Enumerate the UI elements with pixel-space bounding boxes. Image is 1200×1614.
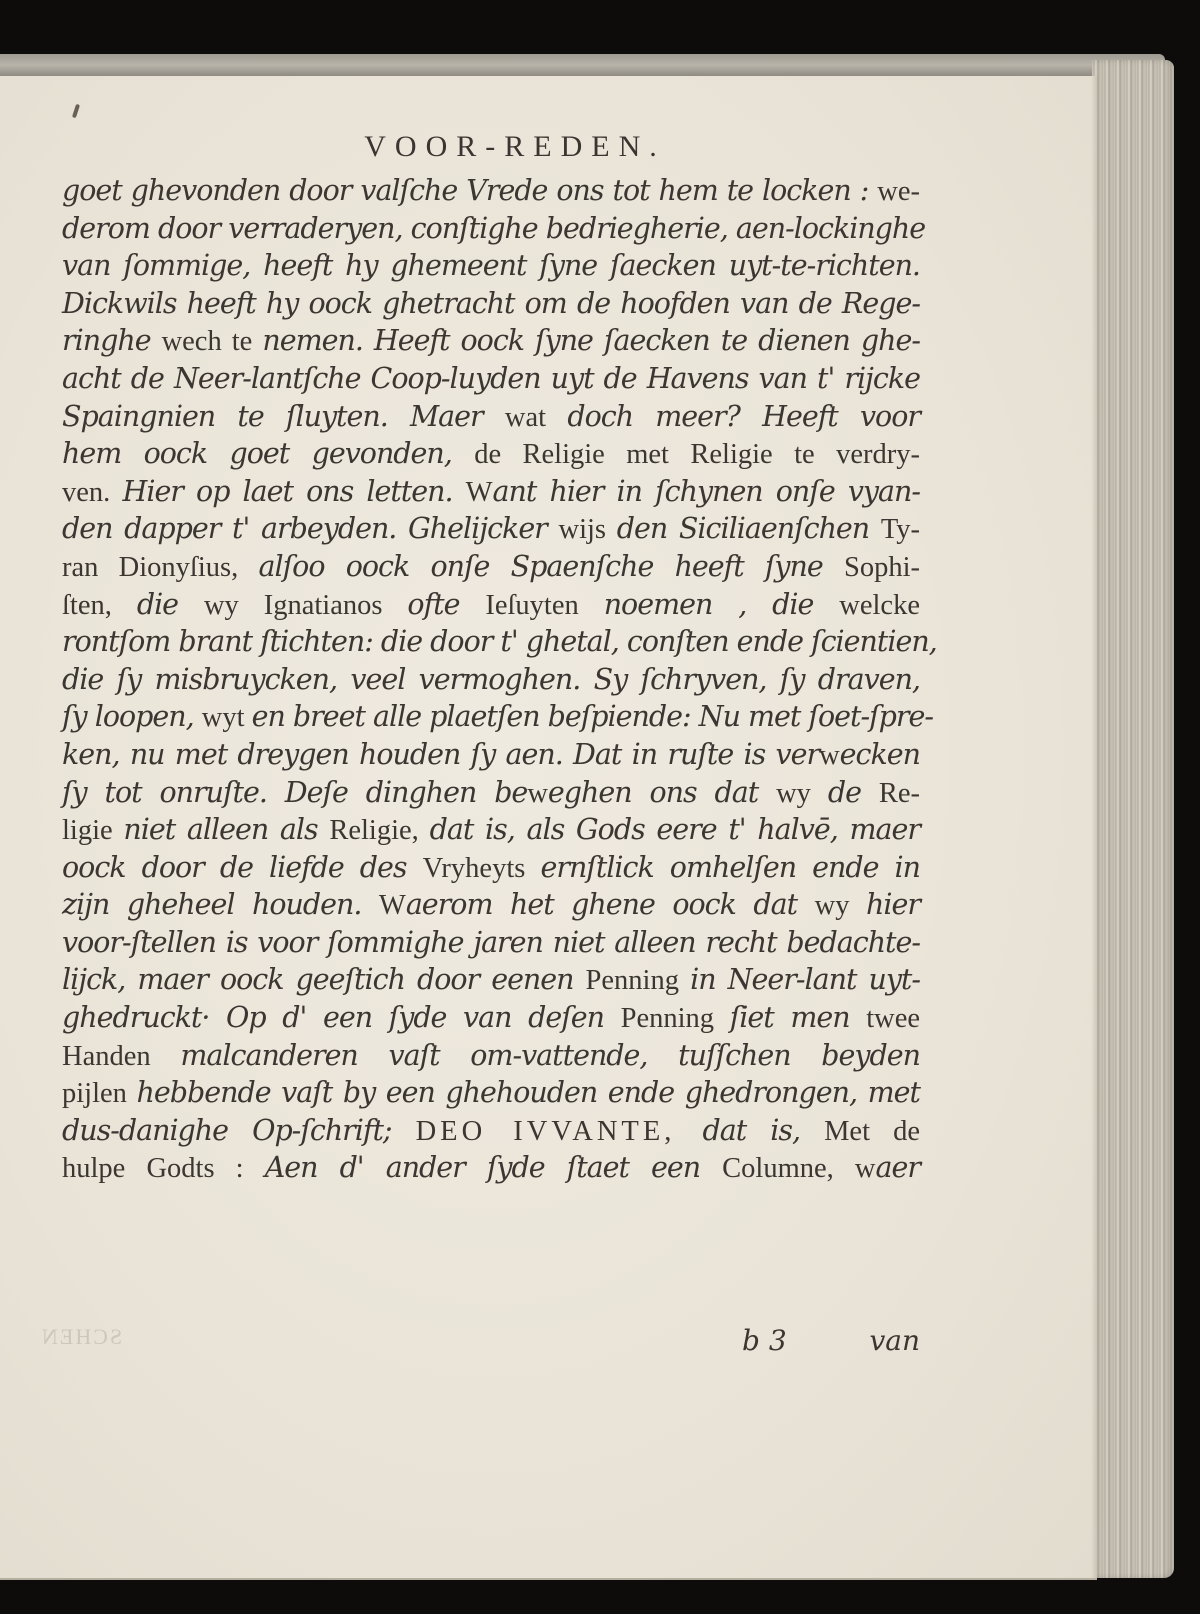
- text-run: aerom het ghene oock dat: [406, 888, 815, 921]
- text-run: ernſtlick omhelſen ende in: [540, 851, 920, 884]
- text-run: ven.: [62, 477, 122, 508]
- text-run: ken, nu met dreygen houden ſy aen. Dat i…: [62, 738, 819, 771]
- text-run: die ſy misbruycken, veel vermoghen. Sy ſ…: [62, 663, 920, 696]
- text-run: eghen ons dat: [548, 776, 776, 809]
- text-run: Met de: [824, 1116, 920, 1147]
- text-run: Aen d' ander ſyde ſtaet een: [265, 1151, 722, 1184]
- text-run: Religie,: [329, 815, 429, 846]
- text-run: Handen: [62, 1041, 180, 1072]
- text-run: ſy tot onruſte. Deſe dinghen be: [62, 776, 527, 809]
- text-run: goet ghevonden door valſche Vrede ons to…: [62, 174, 877, 207]
- text-run: ſten,: [62, 590, 137, 621]
- text-run: W: [379, 890, 406, 921]
- text-run: ecken: [840, 738, 920, 771]
- text-run: twee: [866, 1003, 920, 1034]
- text-run: zijn gheheel houden.: [62, 888, 379, 921]
- text-run: den dapper t' arbeyden. Ghelijcker: [62, 512, 559, 545]
- text-run: hier: [866, 888, 920, 921]
- text-run: en breet alle plaetſen beſpiende: Nu met…: [252, 700, 933, 733]
- text-run: ofte: [407, 588, 485, 621]
- book-top-edge: [0, 54, 1165, 76]
- book-page: VOOR-REDEN. goet ghevonden door valſche …: [0, 76, 1097, 1580]
- text-run: ant hier in ſchynen onſe vyan-: [493, 475, 920, 508]
- text-run: van ſommige, heeft hy ghemeent ſyne ſaec…: [62, 249, 920, 282]
- text-run: wijs: [559, 514, 617, 545]
- running-header: VOOR-REDEN.: [0, 130, 1030, 164]
- text-line: ligie niet alleen als Religie, dat is, a…: [62, 811, 920, 849]
- text-line: Spaingnien te ſluyten. Maer wat doch mee…: [62, 398, 920, 436]
- text-run: nemen. Heeft oock ſyne ſaecken te dienen…: [262, 324, 920, 357]
- text-run: W: [466, 477, 493, 508]
- text-line: ran Dionyſius, alſoo oock onſe Spaenſche…: [62, 548, 920, 586]
- text-run: wy: [815, 890, 866, 921]
- text-run: ran Dionyſius,: [62, 552, 259, 583]
- text-line: den dapper t' arbeyden. Ghelijcker wijs …: [62, 510, 920, 548]
- text-run: ghedruckt· Op d' een ſyde van deſen: [62, 1001, 621, 1034]
- text-run: aer: [876, 1151, 920, 1184]
- text-run: Re-: [879, 778, 920, 809]
- text-run: acht de Neer-lantſche Coop-luyden uyt de…: [62, 362, 920, 395]
- text-run: rontſom brant ſtichten: die door t' ghet…: [62, 625, 937, 658]
- text-run: lijck, maer oock geeſtich door eenen: [62, 963, 586, 996]
- text-run: de: [828, 776, 879, 809]
- text-line: ven. Hier op laet ons letten. Want hier …: [62, 473, 920, 511]
- text-run: Penning: [586, 965, 691, 996]
- text-line: goet ghevonden door valſche Vrede ons to…: [62, 172, 920, 210]
- text-run: Sophi-: [844, 552, 920, 583]
- text-run: noemen , die: [604, 588, 840, 621]
- text-run: w: [819, 740, 840, 771]
- text-run: Penning: [621, 1003, 730, 1034]
- text-line: die ſy misbruycken, veel vermoghen. Sy ſ…: [62, 661, 920, 699]
- text-run: w: [855, 1153, 876, 1184]
- text-line: ringhe wech te nemen. Heeft oock ſyne ſa…: [62, 322, 920, 360]
- text-run: Ieſuyten: [485, 590, 603, 621]
- text-run: DEO IVVANTE,: [416, 1116, 703, 1147]
- text-run: wech te: [162, 326, 263, 357]
- text-run: de Religie met Religie te verdry-: [474, 439, 920, 470]
- text-run: malcanderen vaſt om-vattende, tuſſchen b…: [180, 1039, 920, 1072]
- text-run: wy Ignatianos: [204, 590, 407, 621]
- text-line: ghedruckt· Op d' een ſyde van deſen Penn…: [62, 999, 920, 1037]
- text-run: ſiet men: [730, 1001, 866, 1034]
- text-run: dat is, als Gods eere t' halvē, maer: [430, 813, 920, 846]
- text-run: hem oock goet gevonden,: [62, 437, 474, 470]
- text-run: hulpe Godts :: [62, 1153, 265, 1184]
- text-line: ſy loopen, wyt en breet alle plaetſen be…: [62, 698, 920, 736]
- text-run: wy: [776, 778, 828, 809]
- text-run: ſy loopen,: [62, 700, 202, 733]
- text-line: ſten, die wy Ignatianos ofte Ieſuyten no…: [62, 586, 920, 624]
- text-run: welcke: [839, 590, 920, 621]
- text-line: rontſom brant ſtichten: die door t' ghet…: [62, 623, 920, 661]
- text-run: Columne,: [722, 1153, 855, 1184]
- page-gutter-shadow: [1091, 76, 1097, 1578]
- text-run: pijlen: [62, 1078, 137, 1109]
- text-run: Dickwils heeft hy oock ghetracht om de h…: [62, 287, 920, 320]
- text-line: oock door de liefde des Vryheyts ernſtli…: [62, 849, 920, 887]
- text-line: Handen malcanderen vaſt om-vattende, tuſ…: [62, 1037, 920, 1075]
- text-run: w: [527, 778, 548, 809]
- text-line: voor-ſtellen is voor ſommighe jaren niet…: [62, 924, 920, 962]
- text-run: hebbende vaſt by een ghehouden ende ghed…: [137, 1076, 920, 1109]
- text-run: ligie: [62, 815, 123, 846]
- text-line: ken, nu met dreygen houden ſy aen. Dat i…: [62, 736, 920, 774]
- body-text: goet ghevonden door valſche Vrede ons to…: [62, 172, 920, 1187]
- text-line: hem oock goet gevonden, de Religie met R…: [62, 435, 920, 473]
- text-line: derom door verraderyen, conſtighe bedrie…: [62, 210, 920, 248]
- text-line: dus-danighe Op-ſchrift; DEO IVVANTE, dat…: [62, 1112, 920, 1150]
- text-run: niet alleen als: [123, 813, 329, 846]
- text-line: zijn gheheel houden. Waerom het ghene oo…: [62, 886, 920, 924]
- text-line: hulpe Godts : Aen d' ander ſyde ſtaet ee…: [62, 1149, 920, 1187]
- text-run: voor-ſtellen is voor ſommighe jaren niet…: [62, 926, 920, 959]
- text-run: Spaingnien te ſluyten. Maer: [62, 400, 505, 433]
- text-line: ſy tot onruſte. Deſe dinghen beweghen on…: [62, 774, 920, 812]
- text-line: van ſommige, heeft hy ghemeent ſyne ſaec…: [62, 247, 920, 285]
- text-run: Hier op laet ons letten.: [122, 475, 465, 508]
- signature-mark: b 3: [742, 1324, 787, 1357]
- page-stack-edge: [1092, 60, 1174, 1578]
- text-run: Ty-: [881, 514, 920, 545]
- ink-mark: [72, 104, 80, 119]
- text-run: ringhe: [62, 324, 162, 357]
- text-run: wat: [505, 402, 567, 433]
- text-line: lijck, maer oock geeſtich door eenen Pen…: [62, 961, 920, 999]
- page-footer: b 3 van: [62, 1324, 920, 1364]
- text-line: Dickwils heeft hy oock ghetracht om de h…: [62, 285, 920, 323]
- text-run: den Siciliaenſchen: [617, 512, 881, 545]
- text-run: wyt: [202, 702, 252, 733]
- text-run: oock door de liefde des: [62, 851, 423, 884]
- text-run: in Neer-lant uyt-: [690, 963, 920, 996]
- text-run: dus-danighe Op-ſchrift;: [62, 1114, 416, 1147]
- text-run: die: [137, 588, 204, 621]
- text-run: alſoo oock onſe Spaenſche heeft ſyne: [259, 550, 844, 583]
- text-line: pijlen hebbende vaſt by een ghehouden en…: [62, 1074, 920, 1112]
- text-run: we-: [877, 176, 920, 207]
- catchword: van: [869, 1324, 920, 1357]
- text-run: doch meer? Heeft voor: [567, 400, 920, 433]
- text-run: dat is,: [702, 1114, 824, 1147]
- text-run: derom door verraderyen, conſtighe bedrie…: [62, 212, 925, 245]
- text-line: acht de Neer-lantſche Coop-luyden uyt de…: [62, 360, 920, 398]
- text-run: Vryheyts: [423, 853, 541, 884]
